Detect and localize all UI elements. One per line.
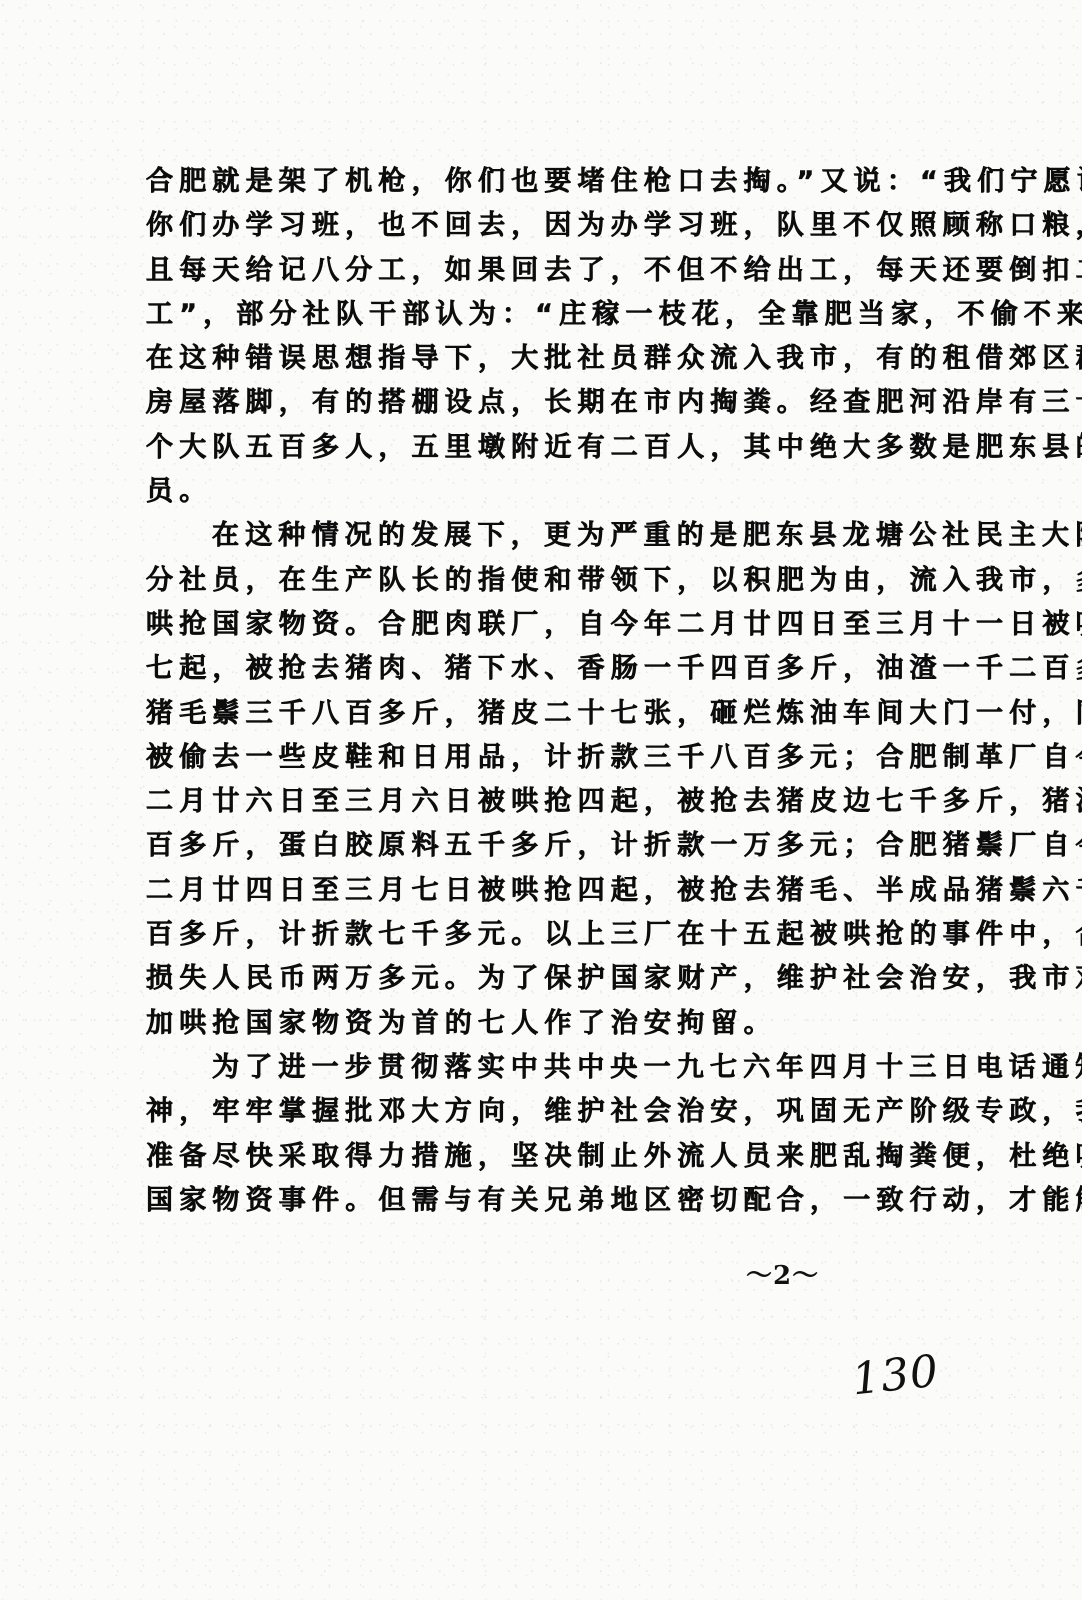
text-line: 百多斤，蛋白胶原料五千多斤，计折款一万多元；合肥猪鬃厂自今年 [146, 824, 926, 868]
text-line: 二月廿四日至三月七日被哄抢四起，被抢去猪毛、半成品猪鬃六千五 [146, 869, 926, 913]
text-line: 房屋落脚，有的搭棚设点，长期在市内掏粪。经查肥河沿岸有三十四 [146, 381, 926, 425]
text-line: 国家物资事件。但需与有关兄弟地区密切配合，一致行动，才能解决 [146, 1179, 926, 1223]
handwritten-folio-number: 130 [850, 1346, 942, 1406]
text-line: 分社员，在生产队长的指使和带领下，以积肥为由，流入我市，多次 [146, 559, 926, 603]
text-line: 员。 [146, 470, 926, 514]
body-text: 合肥就是架了机枪，你们也要堵住枪口去掏。”又说：“我们宁愿让 你们办学习班，也不… [146, 160, 926, 1223]
paragraph-start-line: 在这种情况的发展下，更为严重的是肥东县龙塘公社民主大队部 [146, 514, 926, 558]
document-page: 合肥就是架了机枪，你们也要堵住枪口去掏。”又说：“我们宁愿让 你们办学习班，也不… [0, 0, 1082, 1600]
text-line: 二月廿六日至三月六日被哄抢四起，被抢去猪皮边七千多斤，猪油一 [146, 780, 926, 824]
text-line: 七起，被抢去猪肉、猪下水、香肠一千四百多斤，油渣一千二百多斤， [146, 647, 926, 691]
text-line: 你们办学习班，也不回去，因为办学习班，队里不仅照顾称口粮，而 [146, 204, 926, 248]
text-line: 个大队五百多人，五里墩附近有二百人，其中绝大多数是肥东县的社 [146, 426, 926, 470]
text-line: 工”，部分社队干部认为：“庄稼一枝花，全靠肥当家，不偷不来家” [146, 293, 926, 337]
text-line: 哄抢国家物资。合肥肉联厂，自今年二月廿四日至三月十一日被哄抢 [146, 603, 926, 647]
text-line: 被偷去一些皮鞋和日用品，计折款三千八百多元；合肥制革厂自今年 [146, 736, 926, 780]
text-line: 损失人民币两万多元。为了保护国家财产，维护社会治安，我市对参 [146, 957, 926, 1001]
text-line: 神，牢牢掌握批邓大方向，维护社会治安，巩固无产阶级专政，我们 [146, 1090, 926, 1134]
page-number: ～2～ [746, 1255, 819, 1292]
text-line: 合肥就是架了机枪，你们也要堵住枪口去掏。”又说：“我们宁愿让 [146, 160, 926, 204]
text-line: 在这种错误思想指导下，大批社员群众流入我市，有的租借郊区群众 [146, 337, 926, 381]
text-line: 准备尽快采取得力措施，坚决制止外流人员来肥乱掏粪便，杜绝哄抢 [146, 1135, 926, 1179]
paragraph-start-line: 为了进一步贯彻落实中共中央一九七六年四月十三日电话通知精 [146, 1046, 926, 1090]
text-line: 猪毛鬃三千八百多斤，猪皮二十七张，砸烂炼油车间大门一付，同时 [146, 692, 926, 736]
text-line: 加哄抢国家物资为首的七人作了治安拘留。 [146, 1002, 926, 1046]
text-line: 百多斤，计折款七千多元。以上三厂在十五起被哄抢的事件中，合计 [146, 913, 926, 957]
text-line: 且每天给记八分工，如果回去了，不但不给出工，每天还要倒扣二分 [146, 249, 926, 293]
